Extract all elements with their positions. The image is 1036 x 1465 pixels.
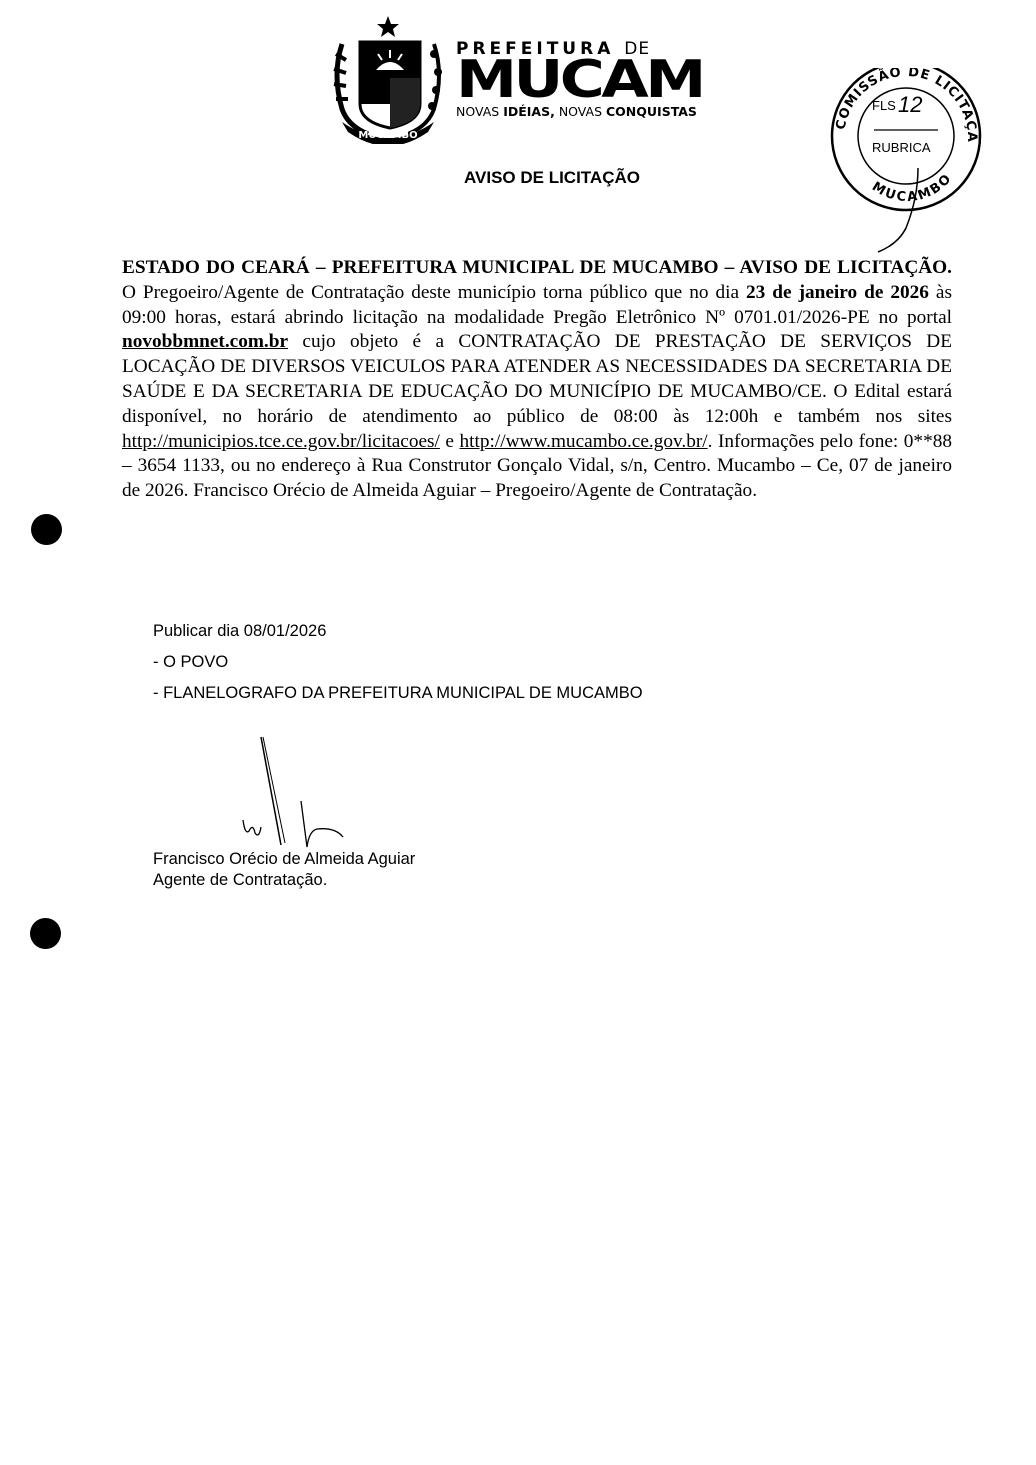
brand-name: MUCAM — [456, 58, 703, 102]
commission-stamp: COMISSÃO DE LICITAÇÃO MUCAMBO FLS 12 RUB… — [826, 68, 986, 258]
brand-wordmark: PREFEITURA DE MUCAM NOVAS IDÉIAS, NOVAS … — [456, 40, 697, 120]
signer-name: Francisco Orécio de Almeida Aguiar — [153, 849, 415, 870]
notice-lead: ESTADO DO CEARÁ – PREFEITURA MUNICIPAL D… — [122, 257, 952, 278]
opening-date: 23 de janeiro de 2026 — [746, 282, 929, 303]
svg-text:12: 12 — [898, 92, 922, 117]
svg-text:FLS: FLS — [872, 98, 896, 113]
publication-list: Publicar dia 08/01/2026 - O POVO - FLANE… — [153, 616, 643, 709]
punch-hole-bottom — [30, 918, 61, 949]
notice-body: ESTADO DO CEARÁ – PREFEITURA MUNICIPAL D… — [122, 256, 952, 504]
handwritten-signature — [225, 735, 365, 855]
portal-link[interactable]: novobbmnet.com.br — [122, 331, 288, 352]
svg-text:MUCAMBO: MUCAMBO — [358, 130, 417, 141]
signer-role: Agente de Contratação. — [153, 870, 415, 891]
publication-date: Publicar dia 08/01/2026 — [153, 616, 643, 647]
document-title: AVISO DE LICITAÇÃO — [0, 168, 1036, 188]
municipal-crest-icon: MUCAMBO — [328, 14, 448, 144]
municipality-site-link[interactable]: http://www.mucambo.ce.gov.br/ — [460, 431, 708, 452]
tce-link[interactable]: http://municipios.tce.ce.gov.br/licitaco… — [122, 431, 440, 452]
punch-hole-top — [31, 514, 62, 545]
publication-item: - O POVO — [153, 647, 643, 678]
publication-item: - FLANELOGRAFO DA PREFEITURA MUNICIPAL D… — [153, 678, 643, 709]
prefeitura-logo: MUCAMBO PREFEITURA DE MUCAM NOVAS IDÉIAS… — [328, 14, 748, 144]
svg-text:RUBRICA: RUBRICA — [872, 140, 931, 155]
signer-block: Francisco Orécio de Almeida Aguiar Agent… — [153, 849, 415, 891]
